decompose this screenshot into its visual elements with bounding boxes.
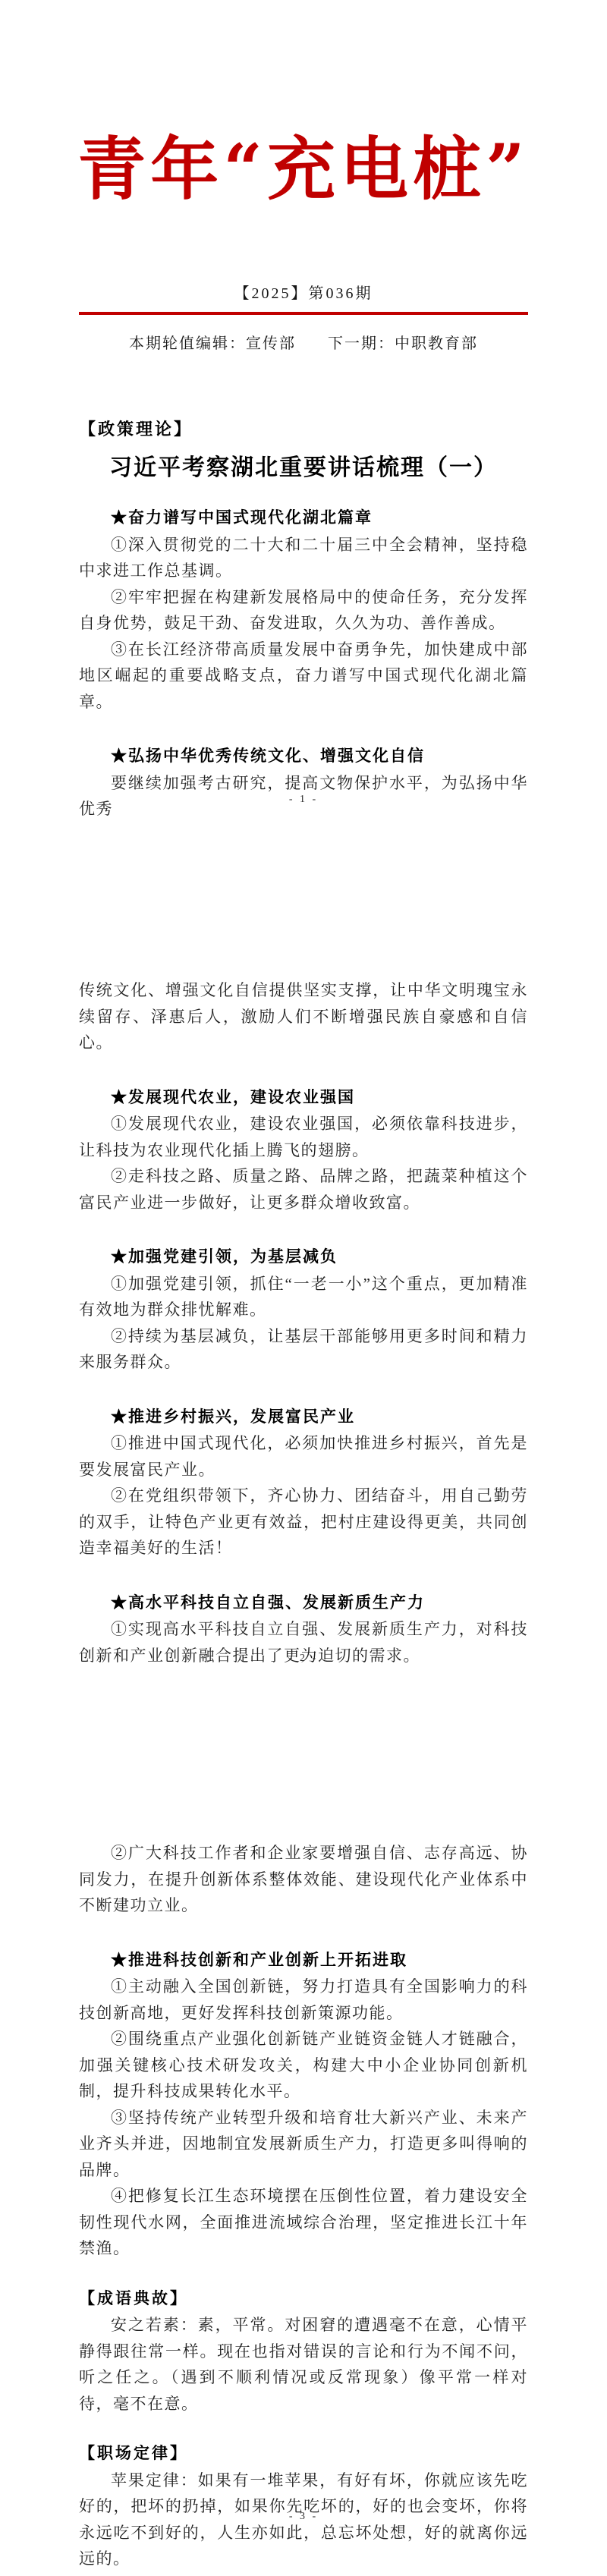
body-paragraph: ②在党组织带领下，齐心协力、团结奋斗，用自己勤劳的双手，让特色产业更有效益，把村… <box>79 1483 528 1562</box>
section-tag: 【职场定律】 <box>79 2441 528 2467</box>
page-number: - 3 - <box>0 2511 607 2523</box>
star-heading: ★奋力谱写中国式现代化湖北篇章 <box>79 505 528 532</box>
body-paragraph: ①发展现代农业，建设农业强国，必须依靠科技进步，让科技为农业现代化插上腾飞的翅膀… <box>79 1111 528 1163</box>
editor-next: 下一期：中职教育部 <box>328 335 478 352</box>
section-tag: 【成语典故】 <box>79 2286 528 2313</box>
body-paragraph: 安之若素：素，平常。对困窘的遭遇毫不在意，心情平静得跟往常一样。现在也指对错误的… <box>79 2312 528 2417</box>
body-paragraph: ②广大科技工作者和企业家要增强自信、志存高远、协同发力，在提升创新体系整体效能、… <box>79 1840 528 1919</box>
body-paragraph: ②持续为基层减负，让基层干部能够用更多时间和精力来服务群众。 <box>79 1323 528 1376</box>
page-body: ★奋力谱写中国式现代化湖北篇章①深入贯彻党的二十大和二十届三中全会精神，坚持稳中… <box>79 505 528 822</box>
page-body: ②广大科技工作者和企业家要增强自信、志存高远、协同发力，在提升创新体系整体效能、… <box>79 1840 528 2572</box>
body-paragraph: ①加强党建引领，抓住“一老一小”这个重点，更加精准有效地为群众排忧解难。 <box>79 1271 528 1323</box>
issue-number: 【2025】第036期 <box>0 281 607 303</box>
body-paragraph: ①深入贯彻党的二十大和二十届三中全会精神，坚持稳中求进工作总基调。 <box>79 532 528 584</box>
page-body: 传统文化、增强文化自信提供坚实支撑，让中华文明瑰宝永续留存、泽惠后人，激励人们不… <box>79 977 528 1669</box>
body-paragraph: ①主动融入全国创新链，努力打造具有全国影响力的科技创新高地，更好发挥科技创新策源… <box>79 1974 528 2026</box>
star-heading: ★高水平科技自立自强、发展新质生产力 <box>79 1590 528 1617</box>
body-paragraph: ②走科技之路、质量之路、品牌之路，把蔬菜种植这个富民产业进一步做好，让更多群众增… <box>79 1163 528 1216</box>
star-heading: ★加强党建引领，为基层减负 <box>79 1244 528 1271</box>
star-heading: ★发展现代农业，建设农业强国 <box>79 1085 528 1112</box>
body-paragraph: ④把修复长江生态环境摆在压倒性位置，着力建设安全韧性现代水网，全面推进流域综合治… <box>79 2183 528 2262</box>
page-number: - 2 - <box>0 1653 607 1665</box>
article-title: 习近平考察湖北重要讲话梳理（一） <box>0 448 607 482</box>
body-paragraph: ②牢牢把握在构建新发展格局中的使命任务，充分发挥自身优势，鼓足干劲、奋发进取，久… <box>79 584 528 637</box>
masthead-title: 青年“充电桩” <box>0 131 607 209</box>
page-number: - 1 - <box>0 794 607 806</box>
divider-rule <box>79 312 528 315</box>
editor-line: 本期轮值编辑：宣传部下一期：中职教育部 <box>0 331 607 353</box>
star-heading: ★弘扬中华优秀传统文化、增强文化自信 <box>79 744 528 770</box>
newsletter-document: { "accent_color": "#c00000", "masthead":… <box>0 0 607 2576</box>
page-1: 青年“充电桩” 【2025】第036期 本期轮值编辑：宣传部下一期：中职教育部 … <box>0 0 607 859</box>
page-2: 传统文化、增强文化自信提供坚实支撑，让中华文明瑰宝永续留存、泽惠后人，激励人们不… <box>0 859 607 1717</box>
star-heading: ★推进乡村振兴，发展富民产业 <box>79 1404 528 1431</box>
star-heading: ★推进科技创新和产业创新上开拓进取 <box>79 1948 528 1974</box>
body-paragraph: ③坚持传统产业转型升级和培育壮大新兴产业、未来产业齐头并进，因地制宜发展新质生产… <box>79 2105 528 2184</box>
body-paragraph: ②围绕重点产业强化创新链产业链资金链人才链融合，加强关键核心技术研发攻关，构建大… <box>79 2026 528 2105</box>
page-3: ②广大科技工作者和企业家要增强自信、志存高远、协同发力，在提升创新体系整体效能、… <box>0 1717 607 2576</box>
section-tag-policy: 【政策理论】 <box>79 417 193 440</box>
body-paragraph: ③在长江经济带高质量发展中奋勇争先，加快建成中部地区崛起的重要战略支点，奋力谱写… <box>79 637 528 716</box>
editor-current: 本期轮值编辑：宣传部 <box>129 335 296 352</box>
body-paragraph-continued: 传统文化、增强文化自信提供坚实支撑，让中华文明瑰宝永续留存、泽惠后人，激励人们不… <box>79 977 528 1056</box>
body-paragraph: ①推进中国式现代化，必须加快推进乡村振兴，首先是要发展富民产业。 <box>79 1430 528 1483</box>
